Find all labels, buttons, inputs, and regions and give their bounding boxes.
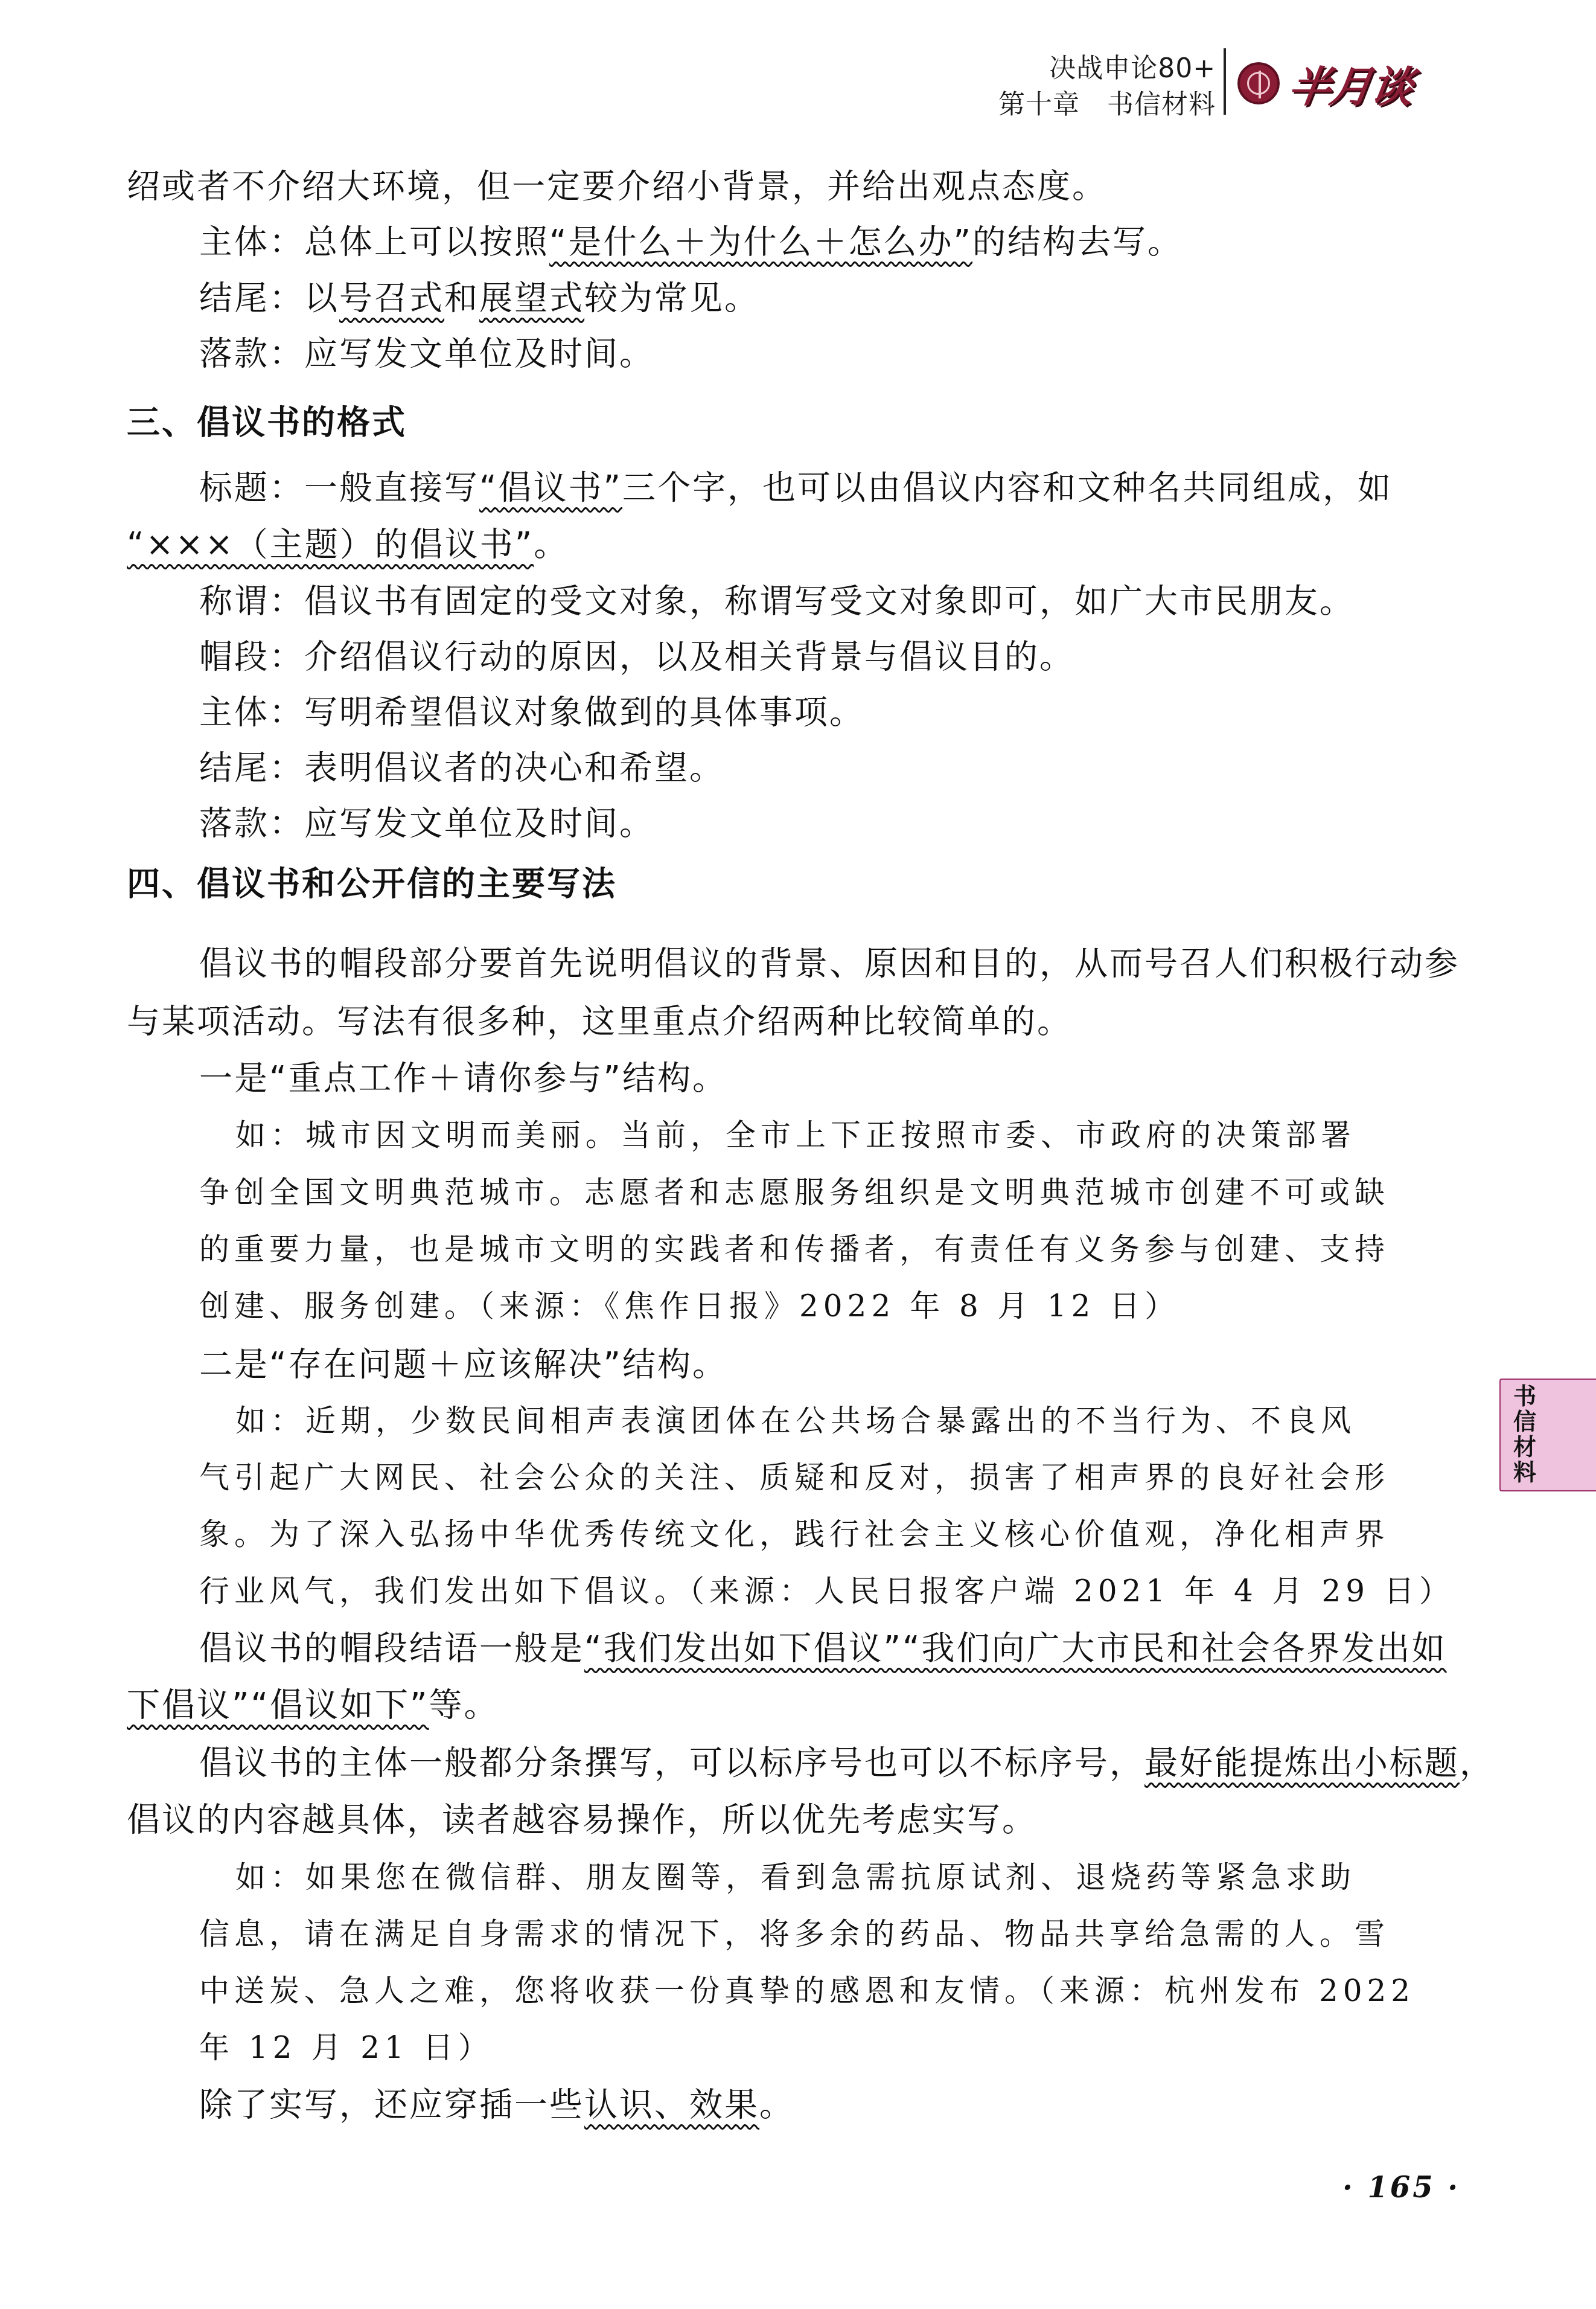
paragraph-line: “×××（主题）的倡议书”。 bbox=[127, 523, 569, 565]
paragraph-line: 落款：应写发文单位及时间。 bbox=[199, 802, 654, 844]
example-line: 如：近期，少数民间相声表演团体在公共场合暴露出的不当行为、不良风 bbox=[235, 1400, 1356, 1442]
emphasis-underline: “我们发出如下倡议”“我们向广大市民和社会各界发出如 bbox=[584, 1628, 1446, 1667]
section-heading: 三、倡议书的格式 bbox=[127, 401, 407, 443]
paragraph-line: 除了实写，还应穿插一些认识、效果。 bbox=[199, 2083, 794, 2125]
paragraph-line: 落款：应写发文单位及时间。 bbox=[199, 332, 654, 374]
paragraph-line: 一是“重点工作＋请你参与”结构。 bbox=[199, 1057, 727, 1099]
publisher-logo: 半月谈 bbox=[1237, 59, 1412, 107]
paragraph-line: 结尾：表明倡议者的决心和希望。 bbox=[199, 746, 724, 789]
paragraph-line: 主体：写明希望倡议对象做到的具体事项。 bbox=[199, 691, 864, 733]
paragraph-line: 倡议书的主体一般都分条撰写，可以标序号也可以不标序号，最好能提炼出小标题， bbox=[199, 1741, 1495, 1784]
example-line: 信息，请在满足自身需求的情况下，将多余的药品、物品共享给急需的人。雪 bbox=[199, 1913, 1390, 1955]
paragraph-line: 主体：总体上可以按照“是什么＋为什么＋怎么办”的结构去写。 bbox=[199, 220, 1183, 263]
emphasis-underline: 下倡议”“倡议如下” bbox=[127, 1685, 429, 1724]
page-number: · 165 · bbox=[1342, 2171, 1460, 2205]
paragraph-line: 帽段：介绍倡议行动的原因，以及相关背景与倡议目的。 bbox=[199, 635, 1074, 677]
example-line: 年 12 月 21 日） bbox=[199, 2026, 493, 2069]
example-line: 争创全国文明典范城市。志愿者和志愿服务组织是文明典范城市创建不可或缺 bbox=[199, 1171, 1390, 1214]
logo-text: 半月谈 bbox=[1285, 53, 1417, 114]
emphasis-underline: 最好能提炼出小标题 bbox=[1144, 1743, 1460, 1782]
section-heading: 四、倡议书和公开信的主要写法 bbox=[127, 862, 617, 905]
emphasis-underline: “倡议书” bbox=[479, 468, 622, 507]
page-header: 决战申论80+ 第十章 书信材料 半月谈 bbox=[0, 36, 1596, 121]
side-tab-label: 书信材料 bbox=[1513, 1383, 1537, 1485]
book-title: 决战申论80+ bbox=[998, 51, 1216, 87]
paragraph-line: 称谓：倡议书有固定的受文对象，称谓写受文对象即可，如广大市民朋友。 bbox=[199, 580, 1355, 622]
header-divider bbox=[1224, 48, 1226, 115]
example-line: 气引起广大网民、社会公众的关注、质疑和反对，损害了相声界的良好社会形 bbox=[199, 1456, 1390, 1499]
example-line: 创建、服务创建。（来源：《焦作日报》2022 年 8 月 12 日） bbox=[199, 1285, 1179, 1327]
example-line: 如：城市因文明而美丽。当前，全市上下正按照市委、市政府的决策部署 bbox=[235, 1114, 1356, 1156]
paragraph-line: 下倡议”“倡议如下”等。 bbox=[127, 1683, 499, 1726]
chapter-title: 第十章 书信材料 bbox=[998, 87, 1216, 123]
emphasis-underline: 号召式 bbox=[339, 278, 444, 317]
example-line: 的重要力量，也是城市文明的实践者和传播者，有责任有义务参与创建、支持 bbox=[199, 1228, 1390, 1270]
paragraph-line: 倡议书的帽段结语一般是“我们发出如下倡议”“我们向广大市民和社会各界发出如 bbox=[199, 1627, 1447, 1669]
paragraph-line: 绍或者不介绍大环境，但一定要介绍小背景，并给出观点态度。 bbox=[127, 165, 1107, 207]
example-line: 象。为了深入弘扬中华优秀传统文化，践行社会主义核心价值观，净化相声界 bbox=[199, 1513, 1390, 1555]
chapter-side-tab: 书信材料 bbox=[1499, 1379, 1596, 1491]
paragraph-line: 结尾：以号召式和展望式较为常见。 bbox=[199, 277, 759, 319]
emphasis-underline: 展望式 bbox=[479, 278, 584, 317]
header-text: 决战申论80+ 第十章 书信材料 bbox=[998, 51, 1216, 123]
paragraph-line: 与某项活动。写法有很多种，这里重点介绍两种比较简单的。 bbox=[127, 1000, 1072, 1042]
emphasis-underline: “×××（主题）的倡议书” bbox=[127, 525, 534, 563]
example-line: 如：如果您在微信群、朋友圈等，看到急需抗原试剂、退烧药等紧急求助 bbox=[235, 1856, 1356, 1898]
paragraph-line: 二是“存在问题＋应该解决”结构。 bbox=[199, 1343, 727, 1385]
paragraph-line: 倡议的内容越具体，读者越容易操作，所以优先考虑实写。 bbox=[127, 1798, 1037, 1840]
emphasis-underline: “是什么＋为什么＋怎么办” bbox=[549, 222, 972, 261]
example-line: 中送炭、急人之难，您将收获一份真挚的感恩和友情。（来源：杭州发布 2022 bbox=[199, 1970, 1415, 2012]
paragraph-line: 标题：一般直接写“倡议书”三个字，也可以由倡议内容和文种名共同组成，如 bbox=[199, 466, 1393, 508]
emphasis-underline: 认识、效果 bbox=[584, 2085, 759, 2124]
paragraph-line: 倡议书的帽段部分要首先说明倡议的背景、原因和目的，从而号召人们积极行动参 bbox=[199, 942, 1460, 984]
example-line: 行业风气，我们发出如下倡议。（来源：人民日报客户端 2021 年 4 月 29 … bbox=[199, 1570, 1454, 1612]
globe-logo-icon bbox=[1237, 62, 1280, 104]
